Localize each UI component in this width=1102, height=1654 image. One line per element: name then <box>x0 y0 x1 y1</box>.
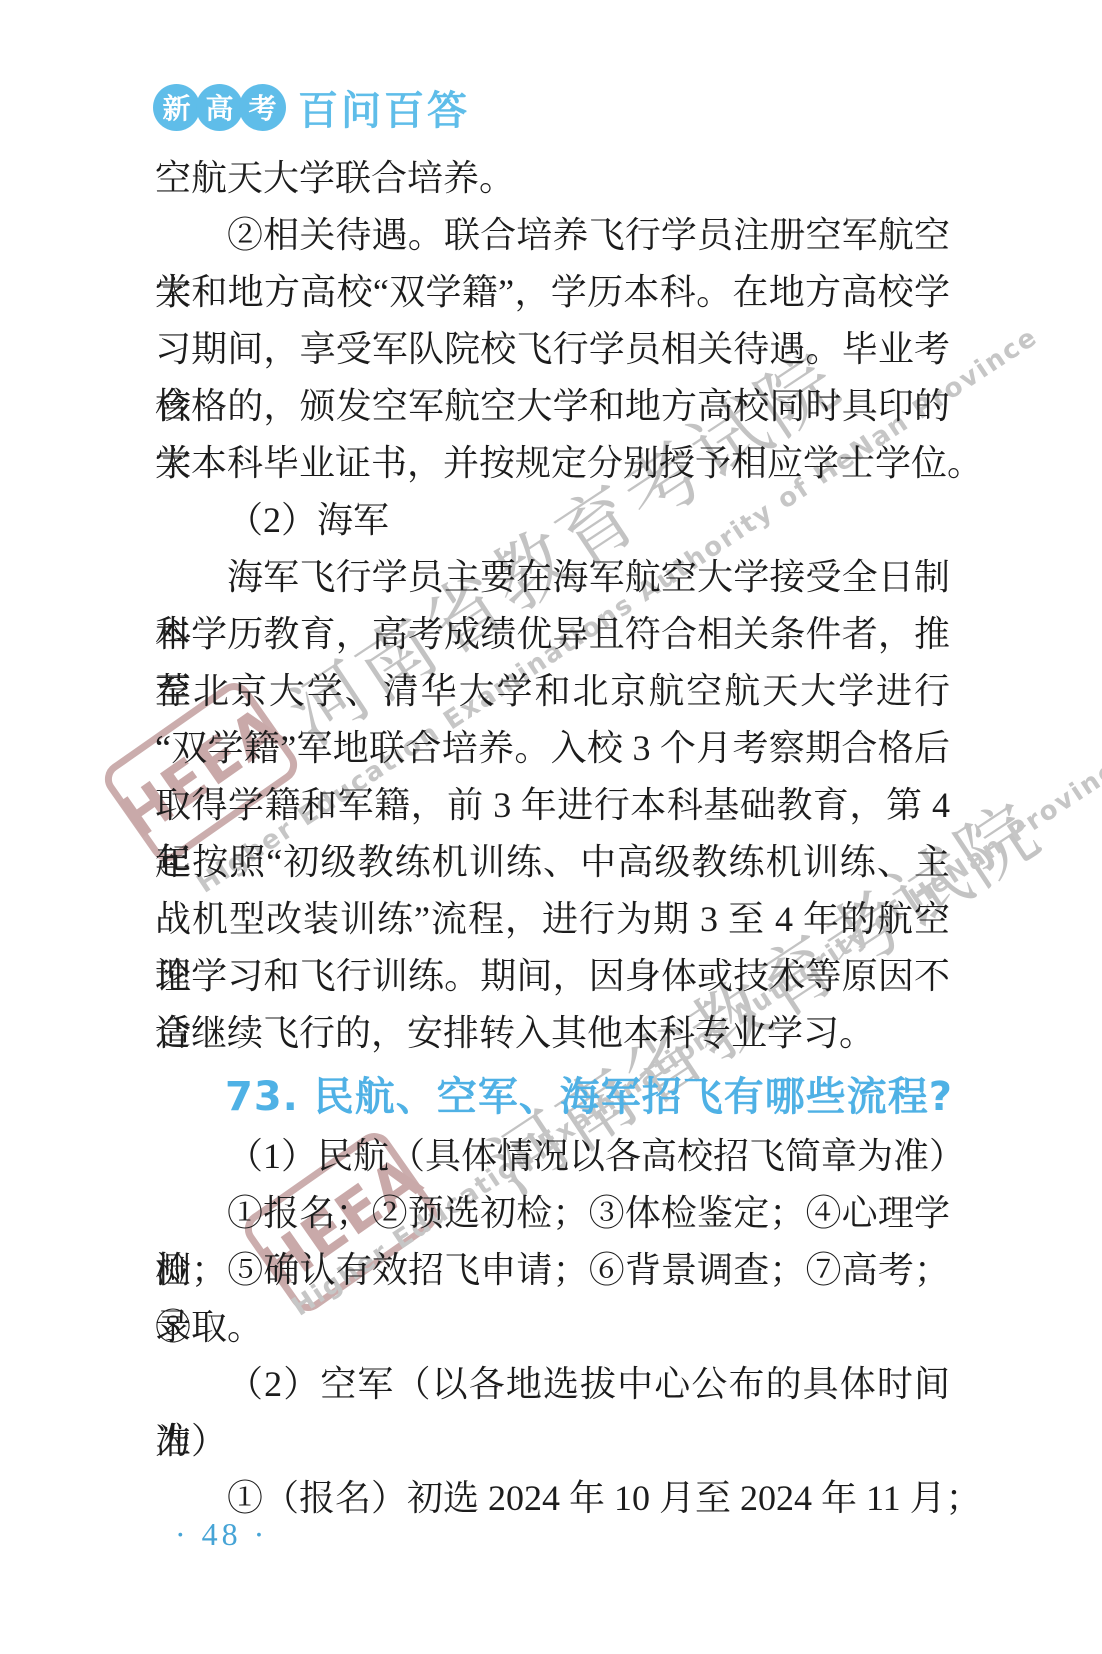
text-line: （2）海军 <box>155 492 950 549</box>
text-line: 论学习和飞行训练。期间，因身体或技术等原因不适 <box>155 948 950 1005</box>
text-line: 海军飞行学员主要在海军航空大学接受全日制本 <box>155 549 950 606</box>
text-line: 至北京大学、清华大学和北京航空航天大学进行 <box>155 663 950 720</box>
text-line: 取得学籍和军籍，前 3 年进行本科基础教育，第 4 年 <box>155 777 950 834</box>
brand-circle-1: 新 <box>153 84 200 131</box>
text-line: ②相关待遇。联合培养飞行学员注册空军航空大 <box>155 207 950 264</box>
question-heading: 73. 民航、空军、海军招飞有哪些流程? <box>155 1062 950 1128</box>
text-line: 学本科毕业证书，并按规定分别授予相应学士学位。 <box>155 435 950 492</box>
body-text: 空航天大学联合培养。②相关待遇。联合培养飞行学员注册空军航空大学和地方高校“双学… <box>155 150 950 1527</box>
text-line: 准） <box>155 1413 950 1470</box>
text-line: 空航天大学联合培养。 <box>155 150 950 207</box>
brand-logo: 新 高 考 百问百答 <box>153 82 470 132</box>
text-line: 合继续飞行的，安排转入其他本科专业学习。 <box>155 1005 950 1062</box>
text-line: 起按照“初级教练机训练、中高级教练机训练、主 <box>155 834 950 891</box>
book-page: 新 高 考 百问百答 HEEA 河南省教育考试院 Higher Educatio… <box>0 0 1102 1654</box>
text-line: （1）民航（具体情况以各高校招飞简章为准） <box>155 1128 950 1185</box>
text-line: 录取。 <box>155 1299 950 1356</box>
text-line: ①（报名）初选 2024 年 10 月至 2024 年 11 月； <box>155 1470 950 1527</box>
brand-suffix-text: 百问百答 <box>298 79 470 136</box>
text-line: 战机型改装训练”流程，进行为期 3 至 4 年的航空理 <box>155 891 950 948</box>
brand-circle-2: 高 <box>196 84 243 131</box>
text-line: 测；⑤确认有效招飞申请；⑥背景调查；⑦高考；⑧ <box>155 1242 950 1299</box>
text-line: “双学籍”军地联合培养。入校 3 个月考察期合格后 <box>155 720 950 777</box>
brand-circle-3: 考 <box>239 84 286 131</box>
text-line: 学和地方高校“双学籍”，学历本科。在地方高校学 <box>155 264 950 321</box>
text-line: 习期间，享受军队院校飞行学员相关待遇。毕业考核 <box>155 321 950 378</box>
text-line: （2）空军（以各地选拔中心公布的具体时间为 <box>155 1356 950 1413</box>
text-line: ①报名；②预选初检；③体检鉴定；④心理学检 <box>155 1185 950 1242</box>
page-number: · 48 · <box>175 1516 268 1553</box>
text-line: 科学历教育，高考成绩优异且符合相关条件者，推荐 <box>155 606 950 663</box>
text-line: 合格的，颁发空军航空大学和地方高校同时具印的大 <box>155 378 950 435</box>
